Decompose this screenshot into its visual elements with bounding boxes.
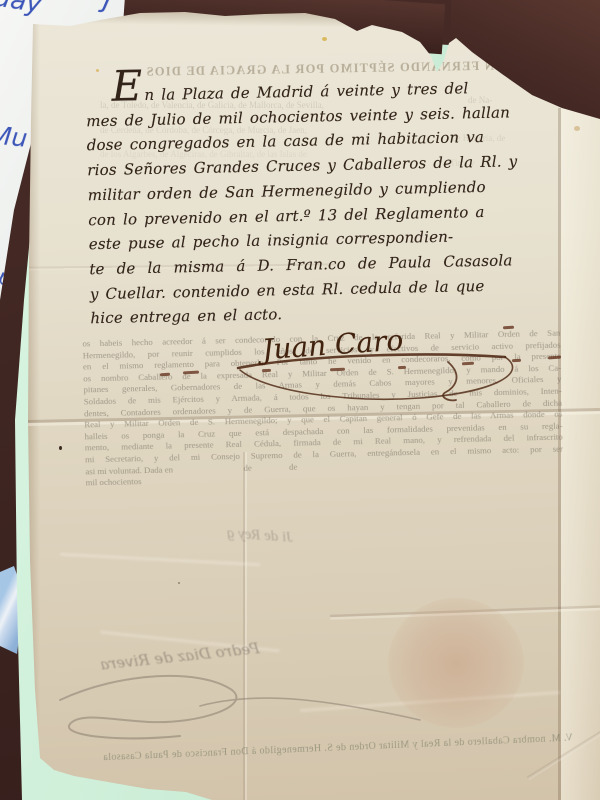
reverse-printed-line: V. M. nombra Caballero de la Real y Mili… [25,733,573,767]
seal-stain [388,598,524,728]
pencil-inscription: Ji de Rey g [183,522,294,547]
foxing-spot [322,37,327,41]
blue-ink-writing: p [0,265,15,293]
foxing-spot [574,126,580,131]
ink-dash [398,366,406,369]
blue-ink-writing: Mu [0,120,29,153]
ink-dash [330,368,345,372]
photo-scene: uay j Mu p DON FERNANDO SÉPTIMO POR LA G… [0,0,600,800]
ink-dash [462,362,474,366]
handwritten-text: En la Plaza de Madrid á veinte y tres de… [85,74,494,331]
wrinkle-highlight [60,553,260,566]
paper-fold-strip [561,104,600,800]
blue-ink-writing: uay [0,0,44,20]
ink-dash [503,326,514,330]
ink-speck [178,582,180,584]
ink-speck [59,446,62,450]
blue-ink-writing: j [101,0,115,15]
manuscript-page: DON FERNANDO SÉPTIMO POR LA GRACIA DE DI… [0,0,600,800]
ink-dash [262,369,271,372]
ink-dash [512,359,521,362]
reverse-signature: Pedro Diaz de Rivera [50,639,261,679]
